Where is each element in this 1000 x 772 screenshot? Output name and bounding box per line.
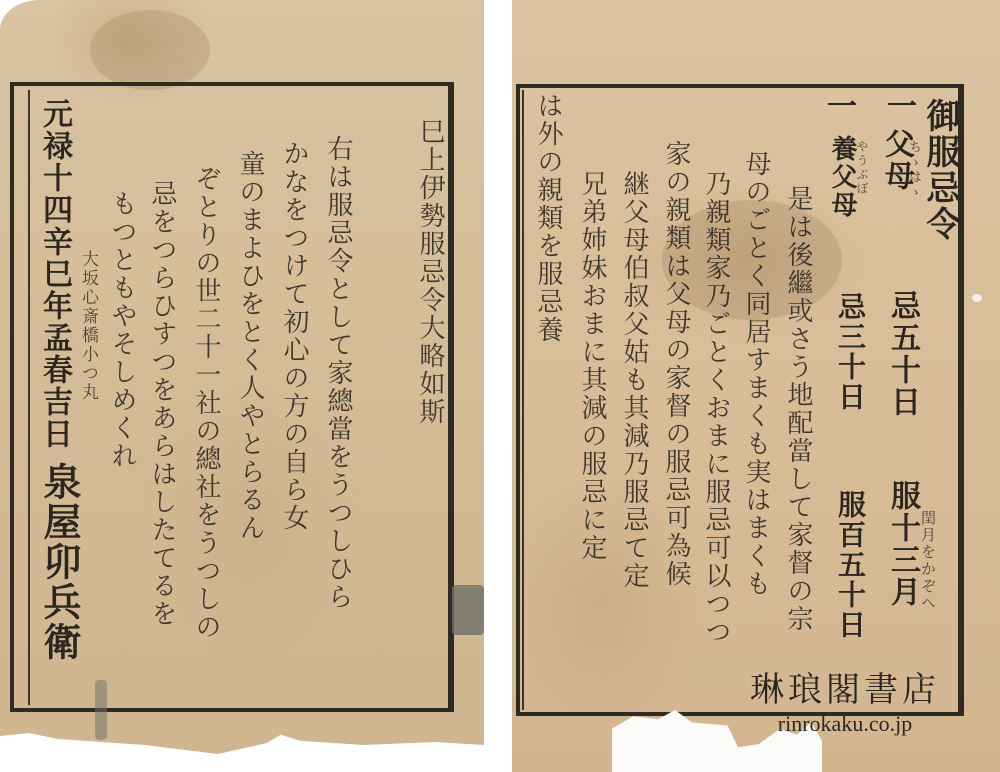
left-column-3: かなをつけて初心の方の自ら女 (276, 140, 313, 532)
watermark-title: 琳琅閣書店 (750, 672, 940, 709)
right-page-inner-rule (522, 90, 524, 710)
entry-apparel-period: 服百五十日 (830, 490, 870, 640)
entry-mourning-period: 忌三十日 (830, 292, 870, 412)
right-column-3: 乃親類家乃ごとくおまに服忌可以つつ (698, 170, 735, 646)
right-column-6: 兄弟姉妹おまに其減の服忌に定 (574, 170, 611, 562)
entry-marker: 一 (816, 90, 860, 122)
left-column-5: ぞとりの世二十一社の總社をうつしの (188, 165, 225, 641)
right-column-1: 是は後繼或さう地配當して家督の宗 (780, 185, 817, 633)
binding-patch (452, 585, 484, 635)
water-stain (90, 10, 210, 90)
left-column-2: 右は服忌令として家總當をうつしひら (320, 135, 357, 611)
right-page: 御服忌令 一 父母 ちゝはゝ 忌五十日 服十三月 閏月をかぞへ 一 養父母 やう… (512, 0, 1000, 772)
right-column-5: 継父母伯叔父姑も其減乃服忌て定 (616, 170, 653, 590)
bookstore-watermark: 琳琅閣書店 rinrokaku.co.jp (750, 672, 940, 738)
left-column-4: 童のまよひをとく人やとらるん (232, 150, 269, 542)
left-column-1: 巳上伊勢服忌令大略如斯 (412, 118, 449, 426)
torn-page-edge (0, 712, 484, 772)
left-column-6: 忌をつらひすつをあらはしたてるを (144, 180, 181, 628)
entry-marker: 一 (876, 90, 920, 122)
left-column-7: もつともやそしめくれ (104, 190, 141, 470)
left-page-inner-rule (28, 90, 30, 705)
entry-mourning-period: 忌五十日 (880, 290, 924, 418)
left-page: 巳上伊勢服忌令大略如斯 右は服忌令として家總當をうつしひら かなをつけて初心の方… (0, 0, 484, 772)
binding-hole (972, 294, 982, 302)
entry-furigana: やうぶぼ (854, 140, 871, 196)
ink-smudge (95, 680, 107, 740)
colophon-date: 元禄十四辛巳年孟春吉日 (32, 98, 76, 450)
publisher-name: 泉屋卯兵衛 (32, 462, 87, 662)
page-title: 御服忌令 (916, 98, 965, 242)
publisher-note: 大坂心斎橋小つ丸 (76, 250, 101, 402)
right-column-4: 家の親類は父母の家督の服忌可為候 (658, 140, 695, 588)
entry-note: 閏月をかぞへ (918, 510, 939, 612)
right-column-2: 母のごとく同居すまくも実はまくも (738, 150, 775, 598)
right-column-7: は外の親類を服忌養 (530, 92, 567, 344)
watermark-url: rinrokaku.co.jp (750, 711, 940, 737)
entry-furigana: ちゝはゝ (904, 140, 923, 200)
